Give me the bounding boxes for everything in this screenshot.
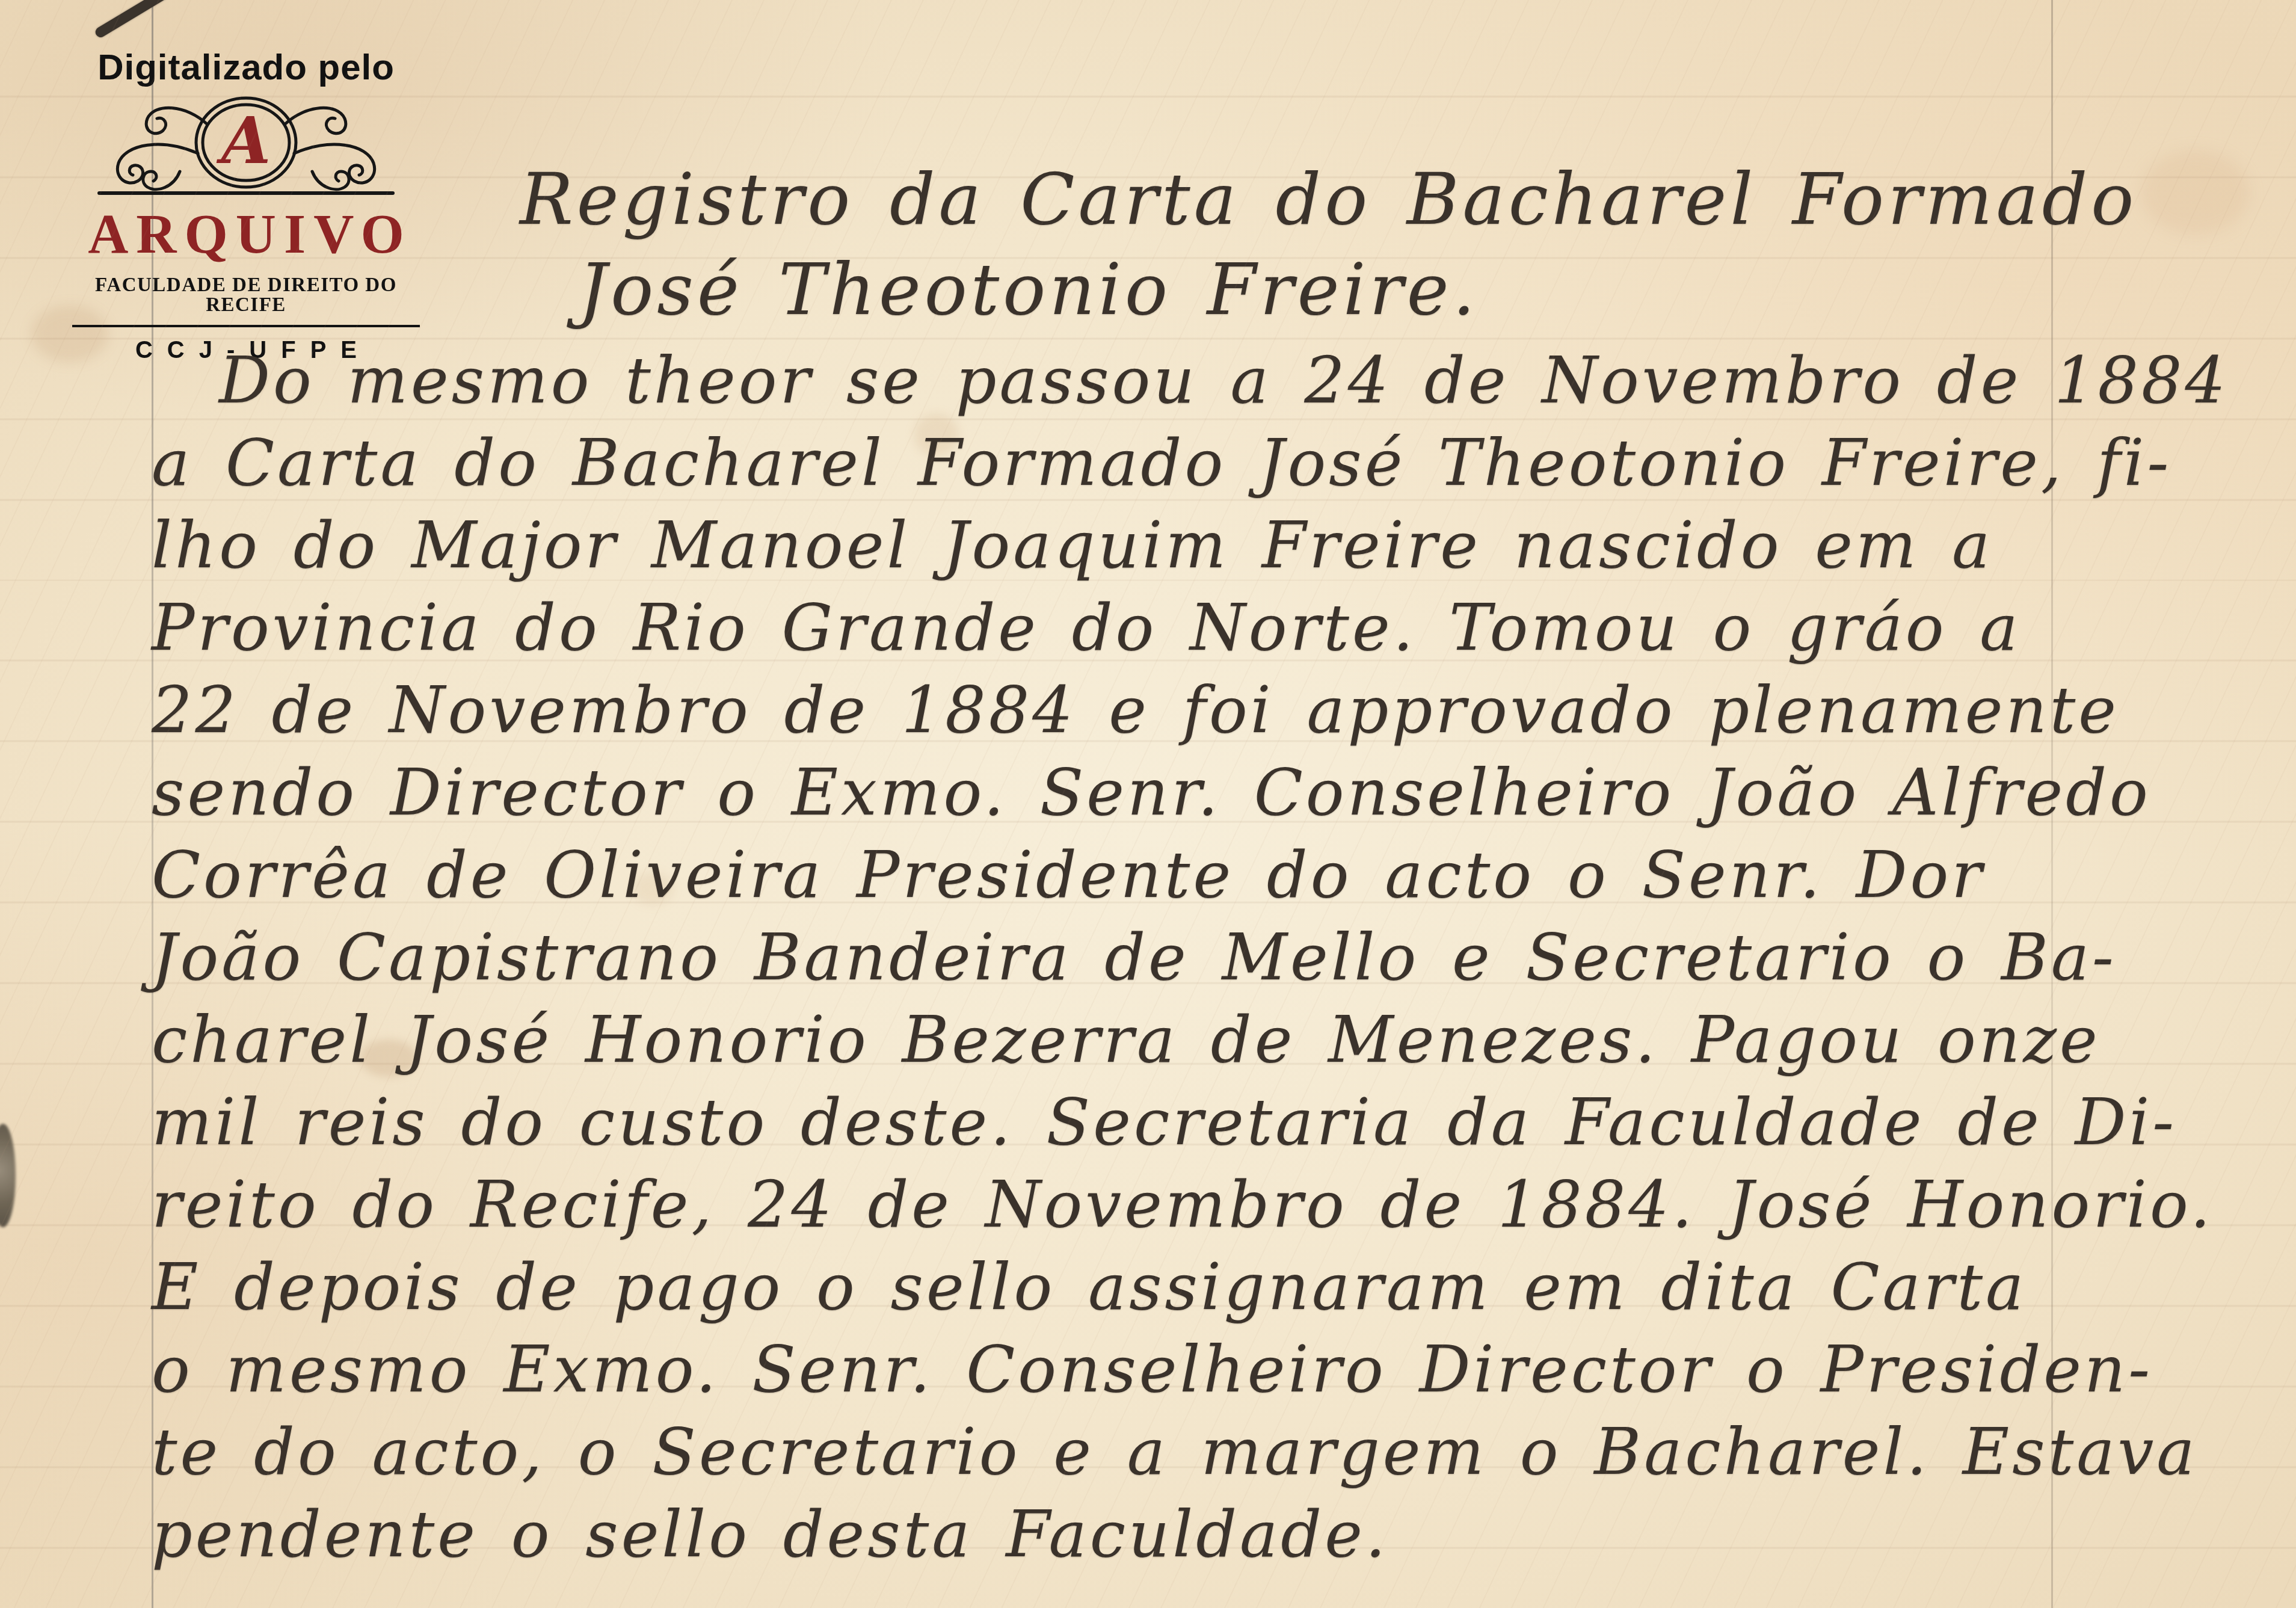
watermark-prefix: Digitalizado pelo xyxy=(69,48,423,86)
binding-shadow xyxy=(0,1124,16,1227)
manuscript-text: Registro da Carta do Bacharel Formado Jo… xyxy=(152,154,2125,1576)
manuscript-line: mil reis do custo deste. Secretaria da F… xyxy=(152,1081,2125,1163)
manuscript-line: 22 de Novembro de 1884 e foi approvado p… xyxy=(152,669,2125,751)
manuscript-line: E depois de pago o sello assignaram em d… xyxy=(152,1246,2125,1328)
manuscript-line: Provincia do Rio Grande do Norte. Tomou … xyxy=(152,587,2125,669)
manuscript-line: Corrêa de Oliveira Presidente do acto o … xyxy=(152,834,2125,916)
manuscript-line: te do acto, o Secretario e a margem o Ba… xyxy=(152,1411,2125,1493)
manuscript-title-line: Registro da Carta do Bacharel Formado xyxy=(520,154,2125,244)
stray-ink-stroke xyxy=(94,0,186,39)
manuscript-line: o mesmo Exmo. Senr. Conselheiro Director… xyxy=(152,1328,2125,1411)
scanned-document-page: Digitalizado pelo A ARQUIVO FACULDADE DE… xyxy=(0,0,2296,1608)
manuscript-line: reito do Recife, 24 de Novembro de 1884.… xyxy=(152,1163,2125,1246)
manuscript-title-line: José Theotonio Freire. xyxy=(579,244,2125,334)
manuscript-line: pendente o sello desta Faculdade. xyxy=(152,1493,2125,1576)
manuscript-line: Do mesmo theor se passou a 24 de Novembr… xyxy=(152,339,2125,422)
manuscript-line: João Capistrano Bandeira de Mello e Secr… xyxy=(152,916,2125,999)
manuscript-line: charel José Honorio Bezerra de Menezes. … xyxy=(152,999,2125,1081)
paper-stain xyxy=(2141,150,2250,235)
manuscript-line: a Carta do Bacharel Formado José Theoton… xyxy=(152,422,2125,504)
manuscript-line: lho do Major Manoel Joaquim Freire nasci… xyxy=(152,504,2125,587)
manuscript-line: sendo Director o Exmo. Senr. Conselheiro… xyxy=(152,751,2125,834)
